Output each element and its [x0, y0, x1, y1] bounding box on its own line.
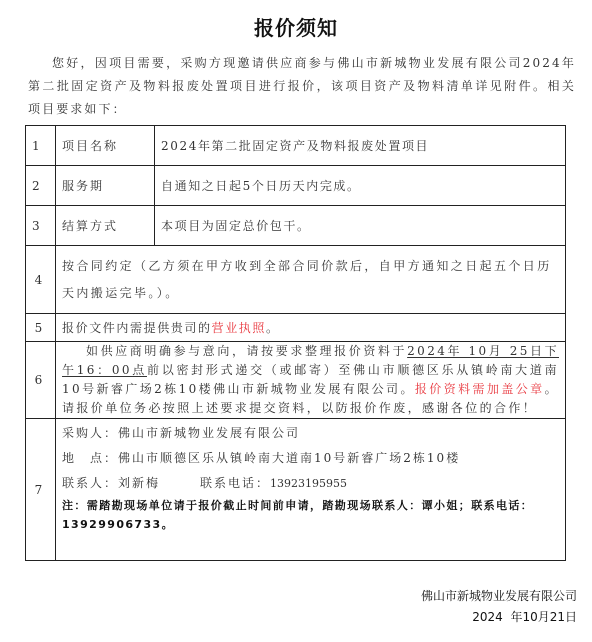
phone-value: 13923195955 — [270, 477, 347, 490]
row-number: 4 — [26, 246, 56, 314]
footer-company: 佛山市新城物业发展有限公司 — [421, 587, 577, 604]
row-value: 本项目为固定总价包干。 — [155, 206, 566, 246]
table-row: 6 如供应商明确参与意向，请按要求整理报价资料于2024年 10月 25日下午1… — [26, 342, 566, 419]
table-row: 7 采购人：佛山市新城物业发展有限公司 地 点：佛山市顺德区乐从镇岭南大道南10… — [26, 419, 566, 561]
row-number: 7 — [26, 419, 56, 561]
table-row: 3 结算方式 本项目为固定总价包干。 — [26, 206, 566, 246]
purchaser-value: 佛山市新城物业发展有限公司 — [118, 426, 300, 440]
table-row: 2 服务期 自通知之日起5个日历天内完成。 — [26, 166, 566, 206]
contact-value: 刘新梅 — [118, 476, 160, 490]
row-number: 1 — [26, 126, 56, 166]
purchaser-line: 采购人：佛山市新城物业发展有限公司 — [62, 421, 559, 446]
table-row: 1 项目名称 2024年第二批固定资产及物料报废处置项目 — [26, 126, 566, 166]
submission-text-prefix: 如供应商明确参与意向，请按要求整理报价资料于 — [86, 344, 407, 358]
row-label: 项目名称 — [56, 126, 155, 166]
row-label: 服务期 — [56, 166, 155, 206]
row-number: 5 — [26, 314, 56, 342]
document-title: 报价须知 — [0, 12, 592, 41]
contact-line: 联系人：刘新梅联系电话：13923195955 — [62, 471, 559, 496]
row-label: 结算方式 — [56, 206, 155, 246]
row-value: 报价文件内需提供贵司的营业执照。 — [56, 314, 566, 342]
business-license-highlight: 营业执照 — [212, 321, 266, 335]
row-value-prefix: 报价文件内需提供贵司的 — [62, 321, 212, 335]
address-value: 佛山市顺德区乐从镇岭南大道南10号新睿广场2栋10楼 — [118, 451, 460, 465]
address-label: 地 点： — [62, 451, 118, 465]
submission-instructions: 如供应商明确参与意向，请按要求整理报价资料于2024年 10月 25日下午16：… — [56, 342, 566, 419]
row-value-suffix: 。 — [266, 321, 280, 335]
table-row: 4 按合同约定（乙方须在甲方收到全部合同价款后，自甲方通知之日起五个日历天内搬运… — [26, 246, 566, 314]
row-value: 2024年第二批固定资产及物料报废处置项目 — [155, 126, 566, 166]
row-value: 按合同约定（乙方须在甲方收到全部合同价款后，自甲方通知之日起五个日历天内搬运完毕… — [56, 246, 566, 314]
purchaser-label: 采购人： — [62, 426, 118, 440]
row-value: 自通知之日起5个日历天内完成。 — [155, 166, 566, 206]
footer-date: 2024 年10月21日 — [472, 608, 577, 625]
intro-paragraph: 您好，因项目需要，采购方现邀请供应商参与佛山市新城物业发展有限公司2024年第二… — [28, 52, 576, 121]
contact-label: 联系人： — [62, 476, 118, 490]
address-line: 地 点：佛山市顺德区乐从镇岭南大道南10号新睿广场2栋10楼 — [62, 446, 559, 471]
table-row: 5 报价文件内需提供贵司的营业执照。 — [26, 314, 566, 342]
requirements-table: 1 项目名称 2024年第二批固定资产及物料报废处置项目 2 服务期 自通知之日… — [25, 125, 566, 561]
site-visit-note: 注：需踏勘现场单位请于报价截止时间前申请，踏勘现场联系人：谭小姐；联系电话：13… — [62, 496, 559, 534]
official-seal-highlight: 报价资料需加盖公章 — [415, 382, 545, 396]
row-number: 6 — [26, 342, 56, 419]
contact-info: 采购人：佛山市新城物业发展有限公司 地 点：佛山市顺德区乐从镇岭南大道南10号新… — [56, 419, 566, 561]
row-number: 2 — [26, 166, 56, 206]
phone-label: 联系电话： — [200, 476, 270, 490]
row-number: 3 — [26, 206, 56, 246]
